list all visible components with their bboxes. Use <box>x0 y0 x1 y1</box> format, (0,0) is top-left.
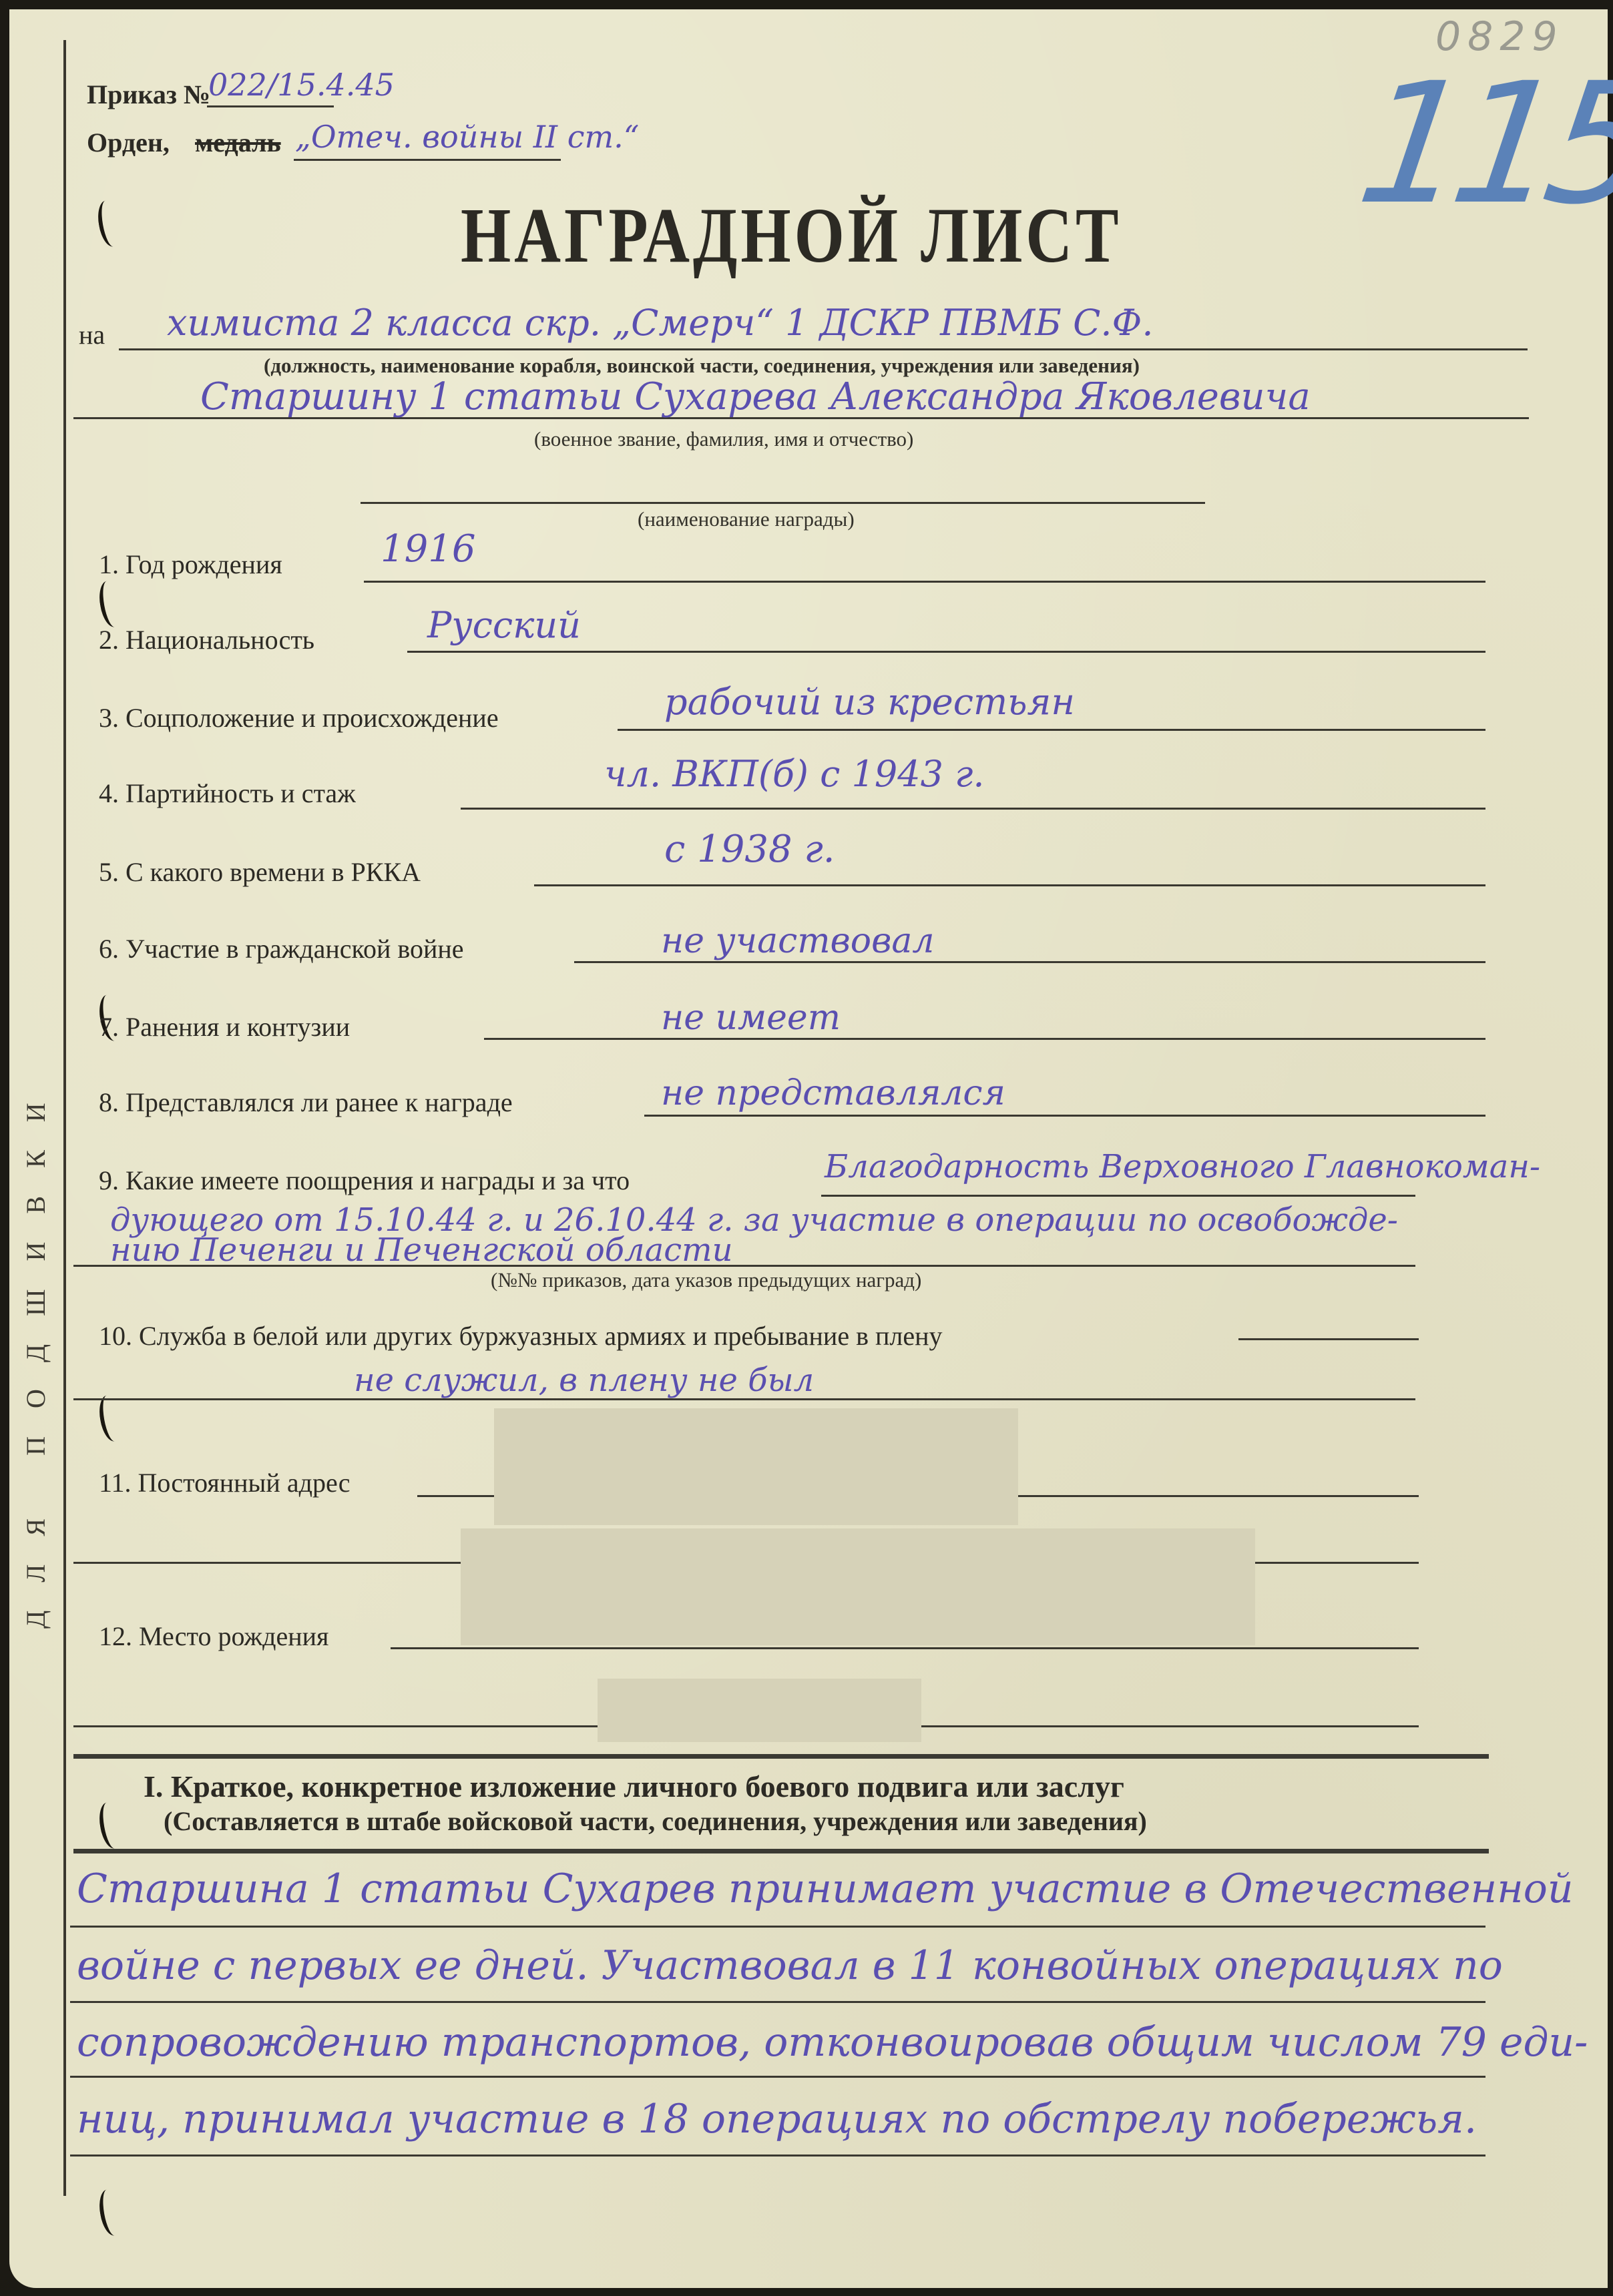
field-line <box>821 1195 1415 1197</box>
field-label: 7. Ранения и контузии <box>99 1011 350 1043</box>
order-number: 022/15.4.45 <box>208 67 395 103</box>
narrative-line: Старшина 1 статьи Сухарев принимает учас… <box>77 1866 1573 1912</box>
field-value: не служил, в плену не был <box>354 1362 814 1399</box>
order-underline <box>207 105 334 107</box>
field-value-line-1: Благодарность Верховного Главнокоман- <box>825 1148 1540 1185</box>
field-label: 1. Год рождения <box>99 549 282 580</box>
field-line <box>618 729 1485 731</box>
narrative-line: ниц, принимал участие в 18 операциях по … <box>77 2096 1477 2142</box>
field-line <box>534 884 1485 886</box>
field-label: 11. Постоянный адрес <box>99 1467 350 1498</box>
narrative-rule <box>70 2001 1485 2003</box>
recipient-na-label: на <box>79 319 105 350</box>
field-label: 4. Партийность и стаж <box>99 778 356 809</box>
field-line <box>644 1115 1485 1117</box>
archive-number-stamp: 1158 <box>1349 47 1613 241</box>
recipient-name: Старшину 1 статьи Сухарева Александра Як… <box>200 375 1311 418</box>
field-label: 6. Участие в гражданской войне <box>99 933 464 964</box>
binding-margin-label: ДЛЯ ПОДШИВКИ <box>20 1075 51 1629</box>
field-value: чл. ВКП(б) с 1943 г. <box>604 753 985 795</box>
award-name-caption: (наименование награды) <box>638 507 855 531</box>
order-label: Приказ № <box>87 79 210 110</box>
narrative-rule <box>70 2155 1485 2157</box>
field-value: Русский <box>427 604 581 646</box>
field-line <box>574 961 1485 963</box>
section-1-subheading: (Составляется в штабе войсковой части, с… <box>164 1805 1147 1837</box>
award-label: Орден, <box>87 127 170 158</box>
field-label: 8. Представлялся ли ранее к награде <box>99 1087 513 1118</box>
section-divider-top <box>73 1754 1489 1759</box>
field-label: 10. Служба в белой или других буржуазных… <box>99 1320 943 1352</box>
field-label: 3. Соцположение и происхождение <box>99 702 499 734</box>
binding-margin-line <box>63 40 66 2196</box>
document-title: НАГРАДНОЙ ЛИСТ <box>461 190 1122 281</box>
narrative-rule <box>70 2076 1485 2078</box>
redacted-birthplace-cont <box>598 1679 921 1742</box>
field-value: не участвовал <box>661 921 934 961</box>
field-line <box>1238 1338 1419 1340</box>
field-value: с 1938 г. <box>664 828 835 871</box>
field-value-line-3: нию Печенги и Печенгской области <box>110 1231 733 1269</box>
field-label: 5. С какого времени в РККА <box>99 856 421 888</box>
award-label-struck: медаль <box>195 127 281 158</box>
field-value: не представлялся <box>661 1073 1005 1113</box>
award-underline <box>294 159 561 161</box>
position-value: химиста 2 класса скр. „Смерч“ 1 ДСКР ПВМ… <box>167 302 1154 344</box>
narrative-line: сопровождению транспортов, отконвоировав… <box>77 2019 1588 2066</box>
award-name-line <box>361 502 1205 504</box>
section-1-heading: I. Краткое, конкретное изложение личного… <box>144 1769 1124 1804</box>
field-line <box>461 808 1485 810</box>
position-caption: (должность, наименование корабля, воинск… <box>264 354 1140 378</box>
section-divider-bottom <box>73 1849 1489 1853</box>
field-line <box>407 651 1485 653</box>
field-line <box>364 581 1485 583</box>
narrative-line: войне с первых ее дней. Участвовал в 11 … <box>77 1942 1503 1989</box>
field-label: 9. Какие имеете поощрения и награды и за… <box>99 1165 630 1196</box>
field-value: не имеет <box>661 998 841 1038</box>
field-value: рабочий из крестьян <box>664 681 1075 723</box>
name-caption: (военное звание, фамилия, имя и отчество… <box>534 427 913 451</box>
award-value: „Отеч. войны II ст.“ <box>295 119 639 155</box>
field-line <box>391 1647 1419 1649</box>
field-caption: (№№ приказов, дата указов предыдущих наг… <box>491 1268 921 1292</box>
field-line <box>484 1038 1485 1040</box>
field-label: 2. Национальность <box>99 624 314 655</box>
redacted-address <box>494 1408 1018 1525</box>
narrative-rule <box>70 1926 1485 1928</box>
position-line <box>119 348 1528 350</box>
field-label: 12. Место рождения <box>99 1621 328 1652</box>
field-value: 1916 <box>381 527 476 571</box>
redacted-birthplace <box>461 1528 1255 1645</box>
